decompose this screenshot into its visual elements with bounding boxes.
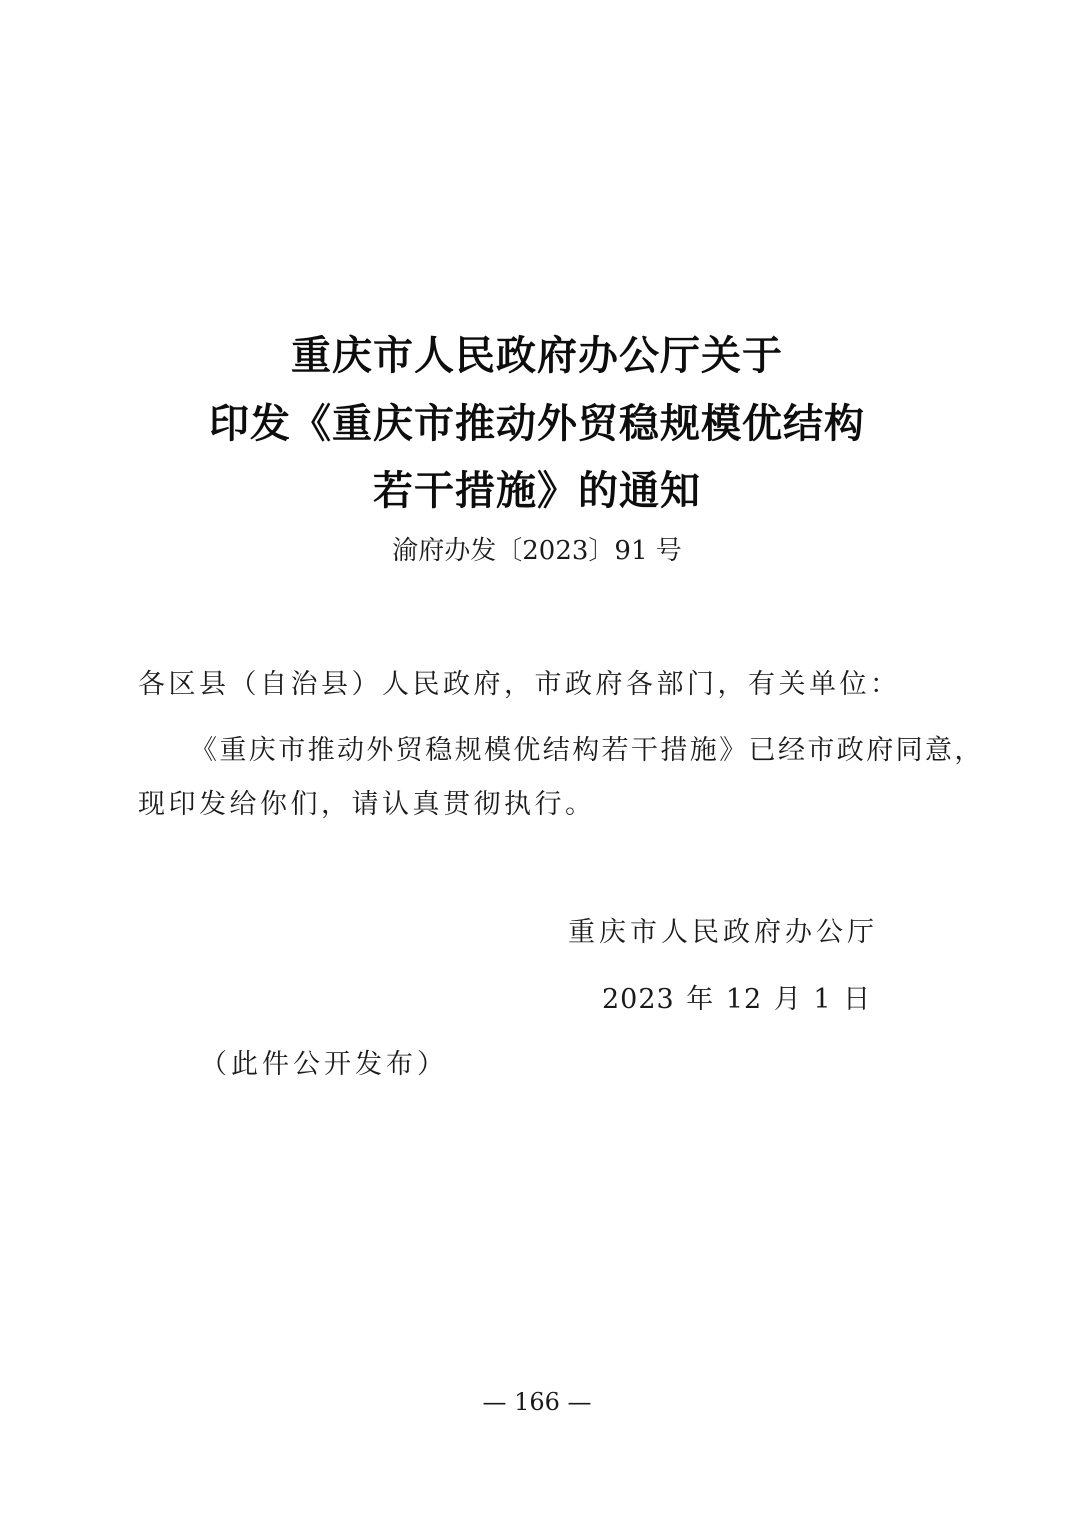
addressee: 各区县（自治县）人民政府，市政府各部门，有关单位：: [138, 667, 901, 703]
body-paragraph-line-1: 《重庆市推动外贸稳规模优结构若干措施》已经市政府同意，: [190, 733, 984, 769]
issue-date: 2023 年 12 月 1 日: [602, 982, 871, 1018]
body-paragraph-line-2: 现印发给你们，请认真贯彻执行。: [138, 787, 596, 823]
page-number: — 166 —: [0, 1386, 1074, 1418]
publication-note: （此件公开发布）: [200, 1047, 448, 1083]
document-title-line-1: 重庆市人民政府办公厅关于: [0, 332, 1074, 380]
document-title-line-3: 若干措施》的通知: [0, 467, 1074, 515]
document-title-line-2: 印发《重庆市推动外贸稳规模优结构: [0, 400, 1074, 448]
document-number: 渝府办发〔2023〕91 号: [0, 533, 1074, 569]
signer: 重庆市人民政府办公厅: [568, 915, 878, 951]
